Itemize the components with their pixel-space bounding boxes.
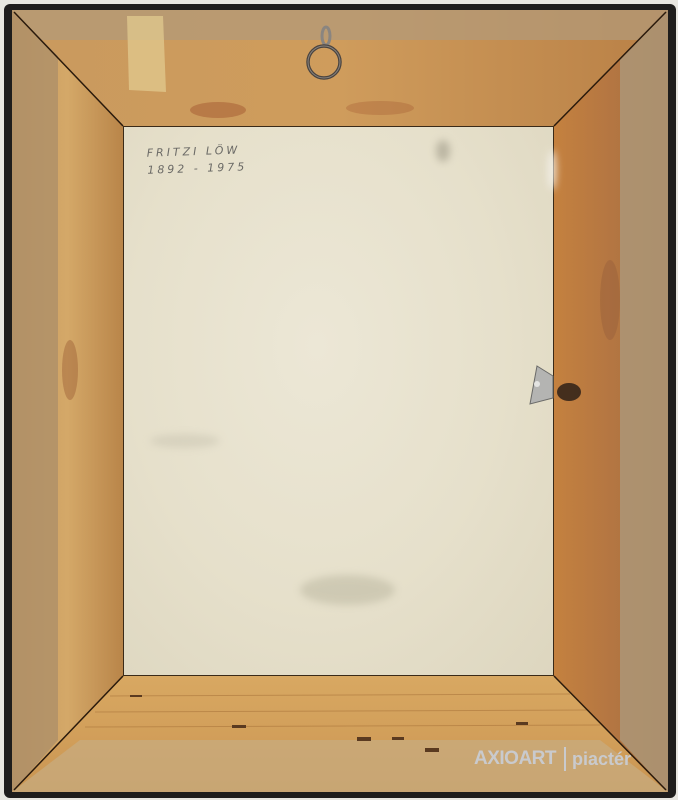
watermark-separator — [564, 747, 566, 771]
stain — [436, 140, 450, 162]
watermark-sub: piactér — [572, 749, 631, 770]
ring-hanger-icon — [302, 22, 346, 82]
watermark-brand: AXIOART — [474, 748, 556, 770]
artwork-back-photo: FRITZI LÖW 1892 - 1975 AXIOART piactér — [0, 0, 678, 800]
stain — [150, 434, 220, 448]
pencil-inscription: FRITZI LÖW 1892 - 1975 — [146, 141, 247, 178]
metal-clip-icon — [527, 364, 555, 406]
inscription-dates: 1892 - 1975 — [147, 158, 247, 178]
stain — [300, 575, 395, 605]
stain — [548, 150, 556, 190]
watermark-logo: AXIOART piactér — [474, 747, 631, 771]
